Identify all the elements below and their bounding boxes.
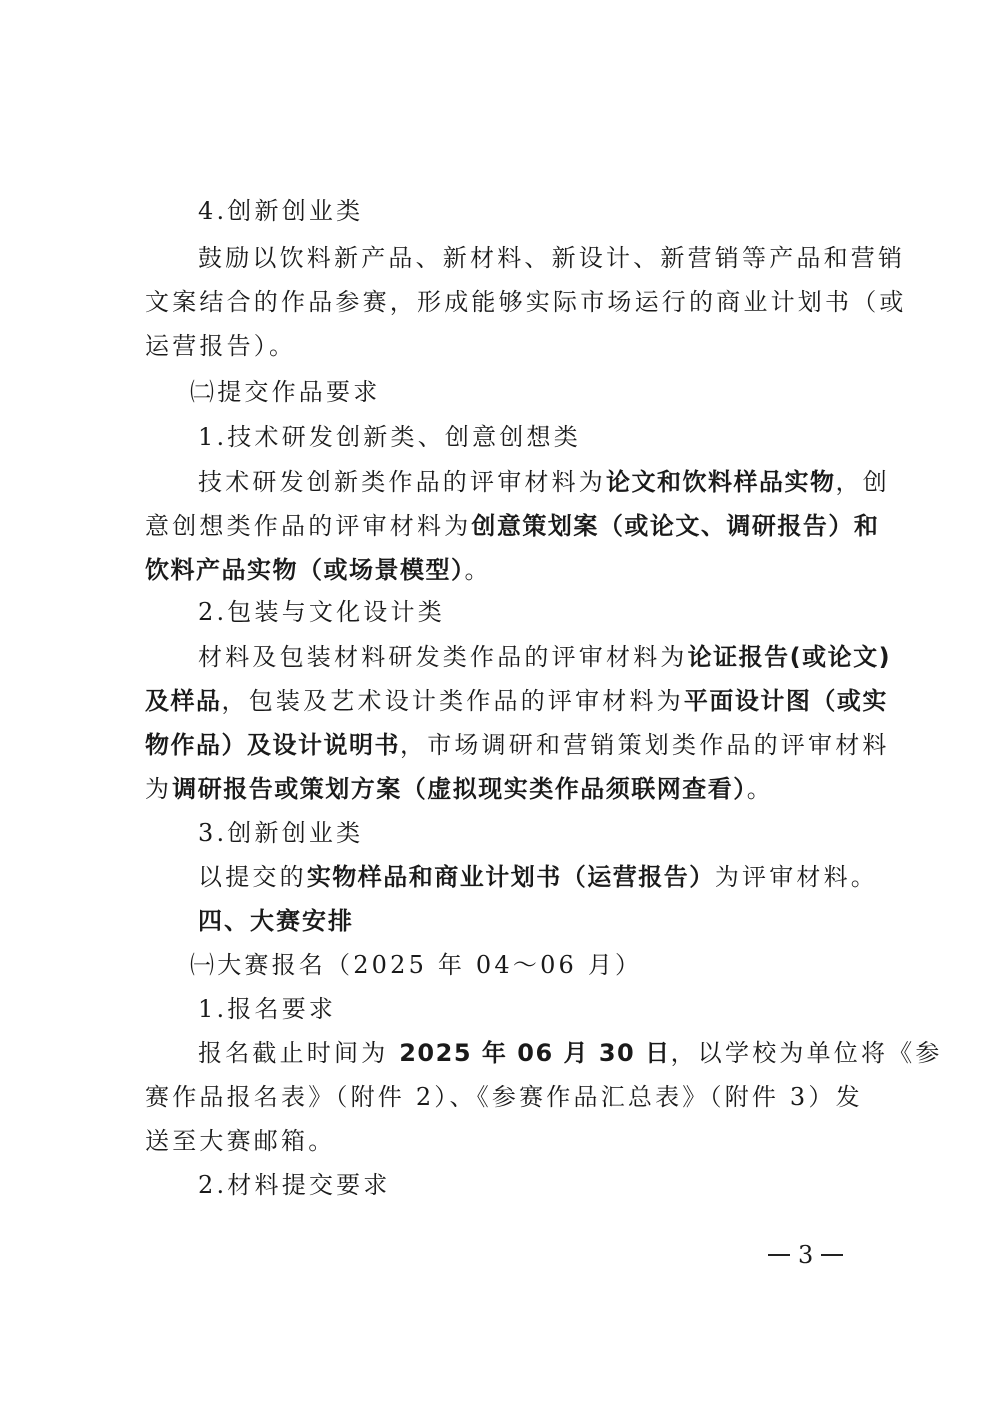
text-line: 技术研发创新类作品的评审材料为论文和饮料样品实物，创 (198, 467, 890, 497)
text-segment: 为 (145, 775, 172, 803)
document-page: 4.创新创业类鼓励以饮料新产品、新材料、新设计、新营销等产品和营销文案结合的作品… (0, 0, 992, 1401)
text-segment: 。 (465, 556, 492, 584)
text-segment: 2.材料提交要求 (198, 1171, 391, 1199)
text-line: 鼓励以饮料新产品、新材料、新设计、新营销等产品和营销 (198, 243, 905, 273)
text-segment: 材料及包装材料研发类作品的评审材料为 (198, 643, 688, 671)
text-segment: ，包装及艺术设计类作品的评审材料为 (222, 687, 684, 715)
text-segment: ，市场调研和营销策划类作品的评审材料 (400, 731, 890, 759)
text-line: 赛作品报名表》（附件 2）、《参赛作品汇总表》（附件 3）发 (145, 1082, 863, 1112)
text-segment: 以提交的 (198, 863, 307, 891)
bold-text: 平面设计图（或实 (684, 687, 888, 715)
text-line: 运营报告）。 (145, 331, 296, 361)
text-line: 报名截止时间为 2025 年 06 月 30 日，以学校为单位将《参 (198, 1038, 943, 1068)
text-segment: 鼓励以饮料新产品、新材料、新设计、新营销等产品和营销 (198, 244, 905, 272)
text-line: 为调研报告或策划方案（虚拟现实类作品须联网查看）。 (145, 774, 774, 804)
text-line: 2.包装与文化设计类 (198, 597, 445, 627)
text-line: 意创想类作品的评审材料为创意策划案（或论文、调研报告）和 (145, 511, 879, 541)
text-line: 2.材料提交要求 (198, 1170, 391, 1200)
text-segment: ，创 (836, 468, 890, 496)
bold-text: 及样品 (145, 687, 222, 715)
text-segment: 。 (747, 775, 774, 803)
text-line: 四、大赛安排 (198, 906, 354, 936)
text-segment: 2.包装与文化设计类 (198, 598, 445, 626)
bold-text: 创意策划案（或论文、调研报告）和 (471, 512, 879, 540)
text-segment: 4.创新创业类 (198, 197, 363, 225)
text-line: ㈠大赛报名（2025 年 04～06 月） (190, 950, 642, 980)
text-segment: ㈡提交作品要求 (190, 378, 380, 406)
section-heading: 四、大赛安排 (198, 907, 354, 935)
bold-text: 实物样品和商业计划书（运营报告） (307, 863, 715, 891)
text-line: 材料及包装材料研发类作品的评审材料为论证报告(或论文) (198, 642, 891, 672)
text-segment: 报名截止时间为 (198, 1039, 399, 1067)
text-segment: ㈠大赛报名（2025 年 04～06 月） (190, 951, 642, 979)
text-line: 3.创新创业类 (198, 818, 363, 848)
bold-text: 调研报告或策划方案（虚拟现实类作品须联网查看） (172, 775, 747, 803)
bold-text: 论证报告(或论文) (688, 643, 891, 671)
page-number-dash-left (768, 1254, 790, 1256)
text-line: 及样品，包装及艺术设计类作品的评审材料为平面设计图（或实 (145, 686, 888, 716)
text-segment: 1.技术研发创新类、创意创想类 (198, 423, 581, 451)
text-segment: 技术研发创新类作品的评审材料为 (198, 468, 606, 496)
text-segment: 运营报告）。 (145, 332, 296, 360)
bold-text: 论文和饮料样品实物 (606, 468, 836, 496)
bold-text: 饮料产品实物（或场景模型） (145, 556, 465, 584)
text-line: 1.报名要求 (198, 994, 336, 1024)
text-line: ㈡提交作品要求 (190, 377, 380, 407)
page-number-value: 3 (798, 1240, 813, 1270)
text-segment: 赛作品报名表》（附件 2）、《参赛作品汇总表》（附件 3）发 (145, 1083, 863, 1111)
text-line: 送至大赛邮箱。 (145, 1126, 335, 1156)
bold-text: 物作品）及设计说明书 (145, 731, 400, 759)
page-number: 3 (768, 1240, 843, 1270)
text-segment: 送至大赛邮箱。 (145, 1127, 335, 1155)
text-line: 1.技术研发创新类、创意创想类 (198, 422, 581, 452)
text-segment: 3.创新创业类 (198, 819, 363, 847)
text-line: 饮料产品实物（或场景模型）。 (145, 555, 492, 585)
text-line: 4.创新创业类 (198, 196, 363, 226)
text-line: 以提交的实物样品和商业计划书（运营报告）为评审材料。 (198, 862, 878, 892)
text-segment: 文案结合的作品参赛，形成能够实际市场运行的商业计划书（或 (145, 288, 907, 316)
bold-text: 2025 年 06 月 30 日 (399, 1039, 670, 1067)
text-line: 文案结合的作品参赛，形成能够实际市场运行的商业计划书（或 (145, 287, 907, 317)
text-segment: 为评审材料。 (715, 863, 878, 891)
text-segment: 1.报名要求 (198, 995, 336, 1023)
text-segment: 意创想类作品的评审材料为 (145, 512, 471, 540)
text-line: 物作品）及设计说明书，市场调研和营销策划类作品的评审材料 (145, 730, 890, 760)
text-segment: ，以学校为单位将《参 (671, 1039, 943, 1067)
page-number-dash-right (821, 1254, 843, 1256)
